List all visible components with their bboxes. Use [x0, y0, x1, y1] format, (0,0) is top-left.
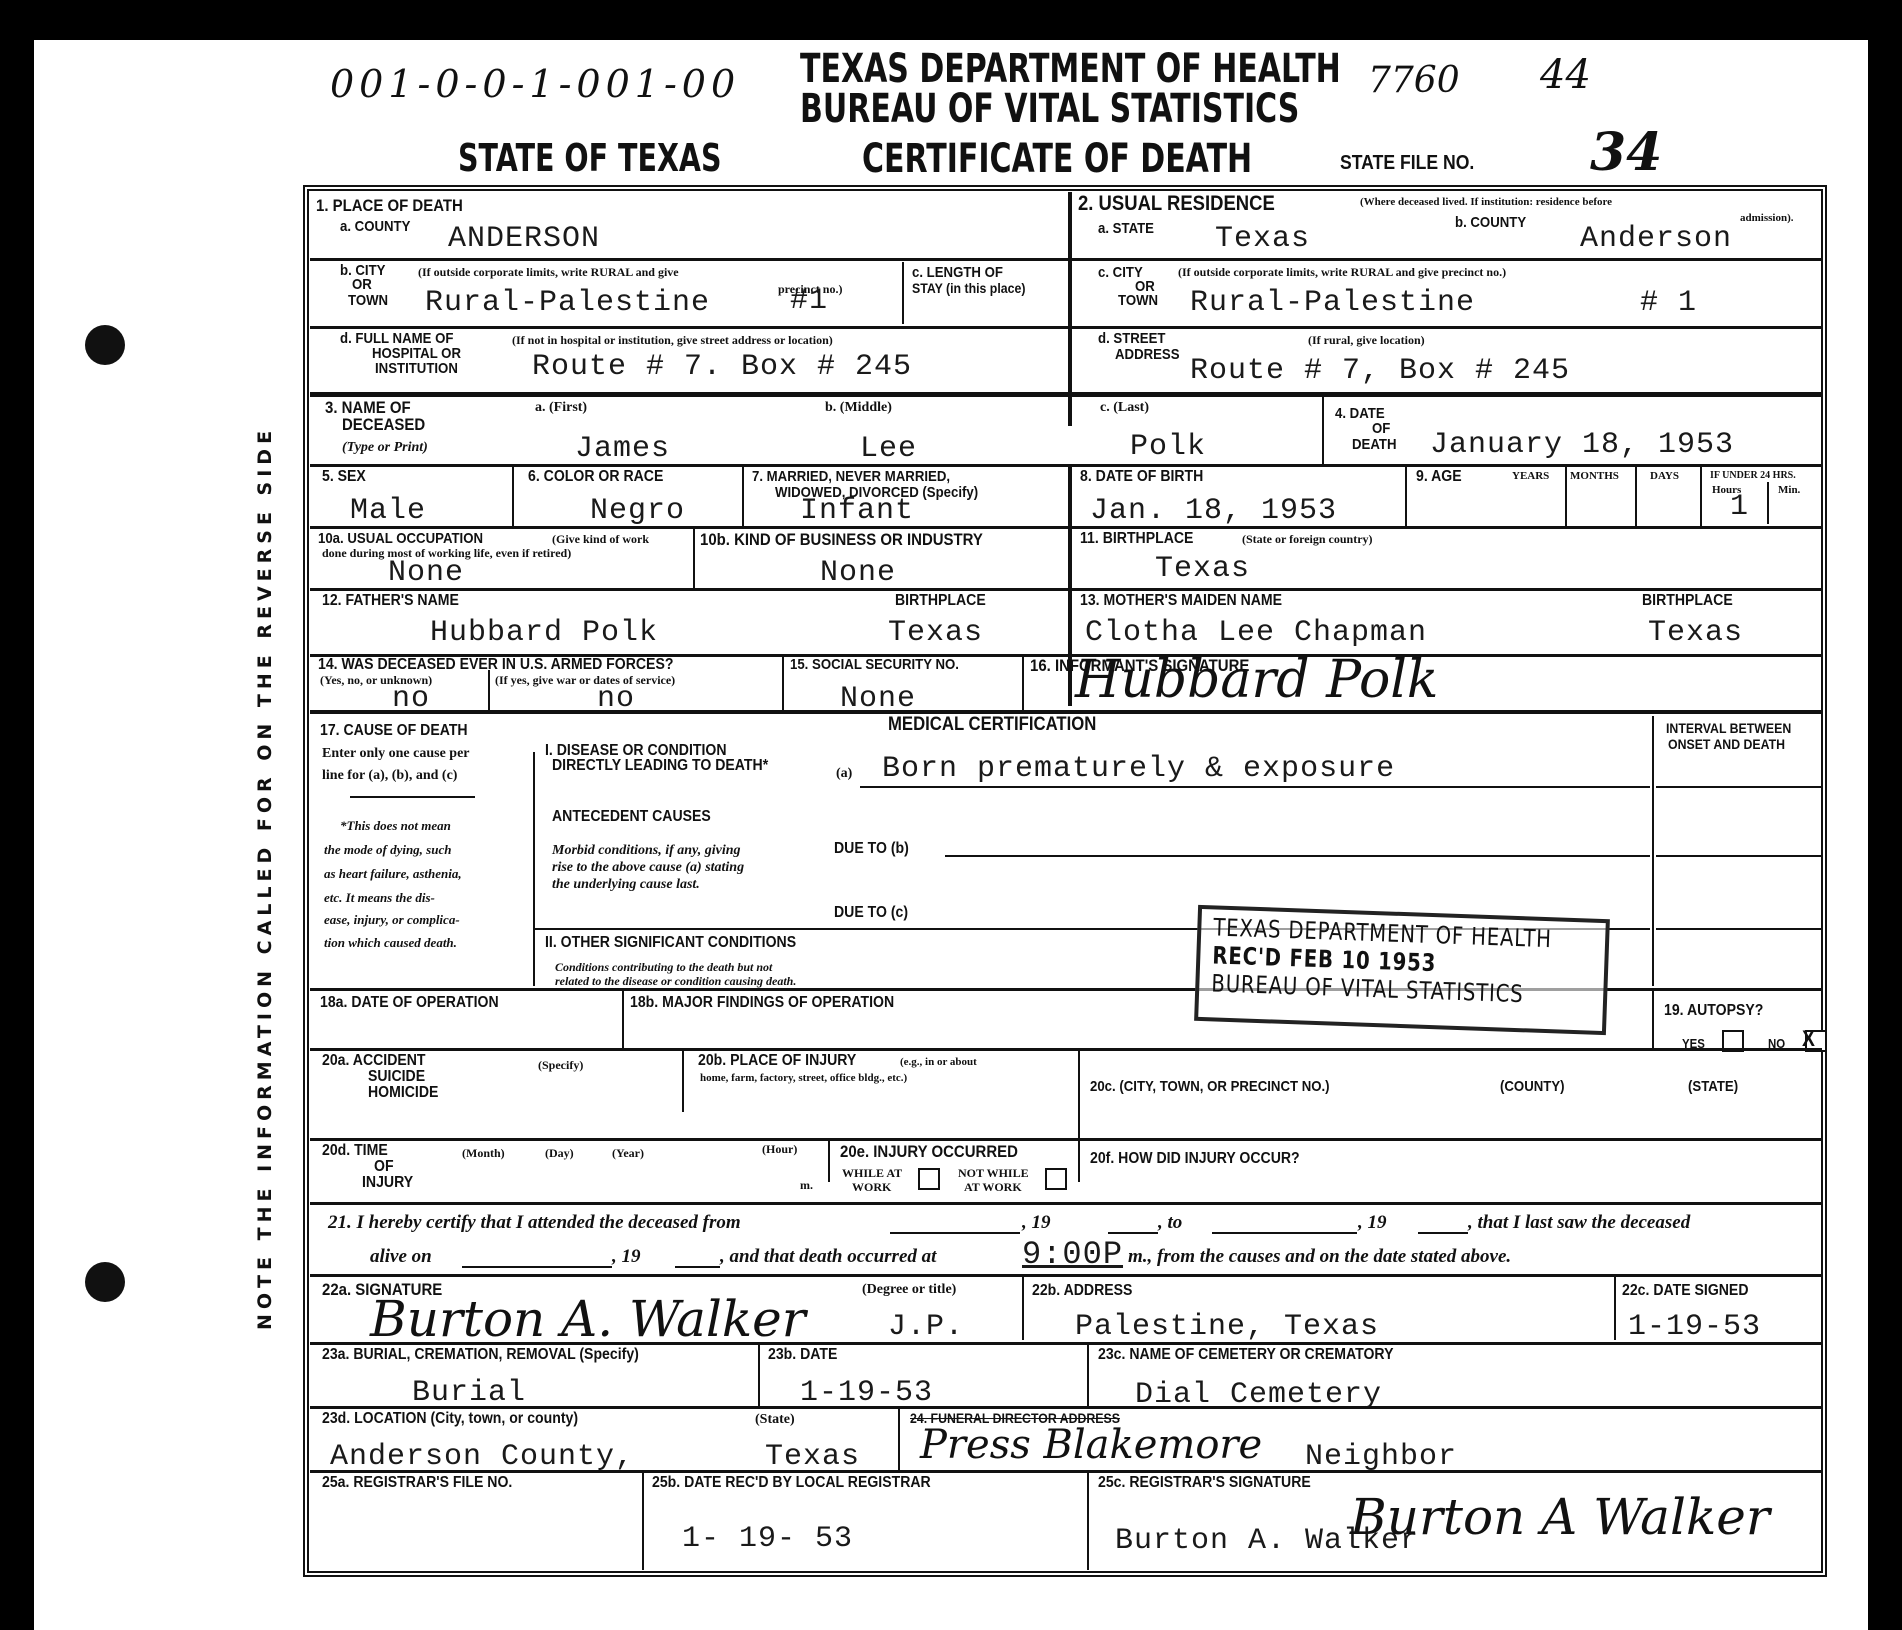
business-label: 10b. KIND OF BUSINESS OR INDUSTRY: [700, 530, 983, 550]
autopsy-label: 19. AUTOPSY?: [1664, 1002, 1763, 1020]
time-year: (Year): [612, 1146, 644, 1161]
degree-value: J.P.: [888, 1310, 964, 1344]
injury-county-label: (COUNTY): [1500, 1078, 1565, 1095]
cause-footnote-2: the mode of dying, such: [324, 842, 451, 858]
registrar-date-label: 25b. DATE REC'D BY LOCAL REGISTRAR: [652, 1474, 931, 1492]
length-of-stay-label: c. LENGTH OF: [912, 264, 1003, 281]
ssn-label: 15. SOCIAL SECURITY NO.: [790, 656, 959, 673]
morbid-3: the underlying cause last.: [552, 877, 700, 893]
hospital-value: Route # 7. Box # 245: [532, 350, 912, 384]
res-county-label: b. COUNTY: [1455, 214, 1526, 231]
marital-value: Infant: [800, 494, 914, 528]
location-value: Anderson County,: [330, 1440, 634, 1474]
hospital-label-3: INSTITUTION: [375, 360, 458, 377]
under-24-label: IF UNDER 24 HRS.: [1710, 470, 1796, 481]
address-value: Palestine, Texas: [1075, 1310, 1379, 1344]
dod-label-2: OF: [1372, 420, 1390, 437]
due-to-b: DUE TO (b): [834, 840, 909, 858]
months-label: MONTHS: [1570, 470, 1619, 482]
dob-label: 8. DATE OF BIRTH: [1080, 468, 1203, 486]
father-bp-label: BIRTHPLACE: [895, 592, 986, 610]
armed-note-2: (If yes, give war or dates of service): [495, 673, 675, 688]
middle-name: Lee: [860, 432, 917, 466]
mother-birthplace: Texas: [1648, 616, 1743, 650]
received-stamp: TEXAS DEPARTMENT OF HEALTH REC'D FEB 10 …: [1194, 905, 1610, 1035]
certify-line-1d: , 19: [1358, 1212, 1387, 1234]
degree-label: (Degree or title): [862, 1282, 956, 1298]
part2-label: II. OTHER SIGNIFICANT CONDITIONS: [545, 934, 796, 952]
place-injury-note: (e.g., in or about: [900, 1056, 977, 1068]
medical-heading: MEDICAL CERTIFICATION: [888, 714, 1096, 736]
op-findings-label: 18b. MAJOR FINDINGS OF OPERATION: [630, 994, 894, 1012]
last-name-label: c. (Last): [1100, 400, 1149, 416]
registrar-sig-label: 25c. REGISTRAR'S SIGNATURE: [1098, 1474, 1311, 1492]
cause-note-1: Enter only one cause per: [322, 746, 470, 762]
state-title: STATE OF TEXAS: [458, 136, 722, 180]
handwritten-number: 7760: [1368, 60, 1460, 101]
first-name-label: a. (First): [535, 400, 587, 416]
father-label: 12. FATHER'S NAME: [322, 592, 459, 610]
min-label: Min.: [1778, 484, 1800, 496]
certify-line-2a: alive on: [370, 1246, 432, 1268]
morbid-2: rise to the above cause (a) stating: [552, 860, 744, 876]
not-while-label-2: AT WORK: [964, 1180, 1022, 1195]
cause-note-2: line for (a), (b), and (c): [322, 768, 457, 784]
res-city-town: TOWN: [1118, 292, 1158, 309]
birthplace-label: 11. BIRTHPLACE: [1080, 530, 1193, 548]
injury-state-label: (STATE): [1688, 1078, 1738, 1095]
morbid-1: Morbid conditions, if any, giving: [552, 843, 741, 859]
res-precinct: # 1: [1640, 286, 1697, 320]
race-value: Negro: [590, 494, 685, 528]
length-of-stay-label-2: STAY (in this place): [912, 280, 1025, 296]
certificate-title: CERTIFICATE OF DEATH: [862, 136, 1252, 182]
cause-footnote-3: as heart failure, asthenia,: [324, 866, 462, 882]
race-label: 6. COLOR OR RACE: [528, 468, 663, 486]
date-of-death: January 18, 1953: [1430, 428, 1734, 462]
informant-signature: Hubbard Polk: [1075, 650, 1438, 710]
res-state: Texas: [1215, 222, 1310, 256]
hospital-note: (If not in hospital or institution, give…: [512, 333, 833, 348]
accident-specify: (Specify): [538, 1058, 583, 1073]
location-state-label: (State): [755, 1412, 795, 1428]
cause-footnote-6: tion which caused death.: [324, 935, 457, 951]
cause-a-value: Born prematurely & exposure: [882, 752, 1395, 786]
interval-label-2: ONSET AND DEATH: [1668, 736, 1785, 752]
part2-note: Conditions contributing to the death but…: [555, 960, 772, 975]
occupation-note: (Give kind of work: [552, 532, 649, 547]
op-date-label: 18a. DATE OF OPERATION: [320, 994, 499, 1012]
registrar-file-label: 25a. REGISTRAR'S FILE NO.: [322, 1474, 512, 1492]
dob-value: Jan. 18, 1953: [1090, 494, 1337, 528]
name-label-2: DECEASED: [342, 415, 425, 435]
margin-note: NOTE THE INFORMATION CALLED FOR ON THE R…: [254, 426, 276, 1330]
physician-signature: Burton A. Walker: [370, 1290, 806, 1348]
location-state-value: Texas: [765, 1440, 860, 1474]
cause-footnote-1: *This does not mean: [340, 818, 451, 834]
certify-line-2b: , 19: [612, 1246, 641, 1268]
marital-label: 7. MARRIED, NEVER MARRIED,: [752, 468, 950, 485]
certify-line-1e: , that I last saw the deceased: [1468, 1212, 1690, 1234]
while-work-label-2: WORK: [852, 1180, 891, 1195]
usual-residence-note: (Where deceased lived. If institution: r…: [1360, 196, 1612, 208]
time-month: (Month): [462, 1146, 505, 1161]
occurred-label: 20e. INJURY OCCURRED: [840, 1142, 1018, 1162]
time-injury-label-3: INJURY: [362, 1174, 413, 1192]
years-label: YEARS: [1512, 470, 1549, 482]
address-label: 22b. ADDRESS: [1032, 1282, 1132, 1300]
age-label: 9. AGE: [1416, 468, 1462, 486]
first-name: James: [575, 432, 670, 466]
street-label: d. STREET: [1098, 330, 1165, 347]
birthplace-note: (State or foreign country): [1242, 532, 1373, 547]
father-name: Hubbard Polk: [430, 616, 658, 650]
interval-label: INTERVAL BETWEEN: [1666, 720, 1791, 736]
part2-note-2: related to the disease or condition caus…: [555, 974, 796, 989]
city-note: (If outside corporate limits, write RURA…: [418, 265, 679, 280]
name-label-3: (Type or Print): [342, 440, 428, 456]
burial-type-label: 23a. BURIAL, CREMATION, REMOVAL (Specify…: [322, 1346, 639, 1364]
days-label: DAYS: [1650, 470, 1679, 482]
age-hours: 1: [1730, 490, 1749, 524]
registrar-date-value: 1- 19- 53: [682, 1522, 853, 1556]
city-label-town: TOWN: [348, 292, 388, 309]
funeral-director-typed: Neighbor: [1305, 1440, 1457, 1474]
how-injury-label: 20f. HOW DID INJURY OCCUR?: [1090, 1150, 1300, 1168]
father-birthplace: Texas: [888, 616, 983, 650]
place-injury-label: 20b. PLACE OF INJURY: [698, 1052, 856, 1070]
res-city-note: (If outside corporate limits, write RURA…: [1178, 265, 1506, 280]
burial-type-value: Burial: [412, 1376, 526, 1410]
certify-line-1b: , 19: [1022, 1212, 1051, 1234]
time-day: (Day): [545, 1146, 574, 1161]
death-city: Rural-Palestine: [425, 286, 710, 320]
place-injury-note-2: home, farm, factory, street, office bldg…: [700, 1072, 907, 1084]
state-file-label: STATE FILE NO.: [1340, 152, 1474, 175]
registrar-signature: Burton A Walker: [1350, 1488, 1770, 1546]
location-label: 23d. LOCATION (City, town, or county): [322, 1410, 578, 1428]
bureau-title: BUREAU OF VITAL STATISTICS: [800, 86, 1299, 132]
occupation-label: 10a. USUAL OCCUPATION: [318, 530, 483, 547]
antecedent-label: ANTECEDENT CAUSES: [552, 808, 711, 826]
injury-city-label: 20c. (CITY, TOWN, OR PRECINCT NO.): [1090, 1078, 1330, 1095]
sex-value: Male: [350, 494, 426, 528]
county-label: a. COUNTY: [340, 218, 410, 235]
not-while-label: NOT WHILE: [958, 1166, 1029, 1181]
while-work-label: WHILE AT: [842, 1166, 902, 1181]
mother-bp-label: BIRTHPLACE: [1642, 592, 1733, 610]
mother-label: 13. MOTHER'S MAIDEN NAME: [1080, 592, 1282, 610]
homicide-label: HOMICIDE: [368, 1084, 438, 1102]
burial-date-value: 1-19-53: [800, 1376, 933, 1410]
part1-label-2: DIRECTLY LEADING TO DEATH*: [552, 757, 768, 775]
punch-hole-bottom: [85, 1262, 125, 1302]
dod-label-3: DEATH: [1352, 436, 1396, 453]
not-at-work-checkbox[interactable]: [1045, 1168, 1067, 1190]
mother-name: Clotha Lee Chapman: [1085, 616, 1427, 650]
file-code-handwritten: 001-0-0-1-001-00: [330, 62, 740, 106]
armed-forces-label: 14. WAS DECEASED EVER IN U.S. ARMED FORC…: [318, 656, 673, 674]
funeral-director-signature: Press Blakemore: [920, 1422, 1262, 1468]
cause-footnote-5: ease, injury, or complica-: [324, 912, 460, 928]
street-value: Route # 7, Box # 245: [1190, 354, 1570, 388]
state-file-number: 34: [1590, 122, 1662, 183]
city-label-or: OR: [352, 276, 372, 293]
a-marker: (a): [836, 766, 852, 782]
usual-residence-label: 2. USUAL RESIDENCE: [1078, 192, 1275, 216]
street-note: (If rural, give location): [1308, 333, 1425, 348]
certify-line-1c: , to: [1158, 1212, 1182, 1234]
place-of-death-label: 1. PLACE OF DEATH: [316, 196, 463, 216]
occupation-value: None: [388, 556, 464, 590]
res-city: Rural-Palestine: [1190, 286, 1475, 320]
due-to-c: DUE TO (c): [834, 904, 908, 922]
time-hour: (Hour): [762, 1142, 797, 1157]
sex-label: 5. SEX: [322, 468, 366, 486]
date-signed-value: 1-19-53: [1628, 1310, 1761, 1344]
time-m: m.: [800, 1178, 813, 1193]
res-state-label: a. STATE: [1098, 220, 1154, 237]
street-label-2: ADDRESS: [1115, 346, 1180, 363]
death-time: 9:00P: [1022, 1236, 1123, 1273]
date-signed-label: 22c. DATE SIGNED: [1622, 1282, 1749, 1300]
certify-line-2d: m., from the causes and on the date stat…: [1128, 1246, 1511, 1268]
cause-footnote-4: etc. It means the dis-: [324, 890, 435, 906]
middle-name-label: b. (Middle): [825, 400, 892, 416]
while-at-work-checkbox[interactable]: [918, 1168, 940, 1190]
death-county: ANDERSON: [448, 222, 600, 256]
handwritten-number-2: 44: [1540, 52, 1591, 98]
certify-line-2c: , and that death occurred at: [720, 1246, 936, 1268]
birthplace-value: Texas: [1155, 552, 1250, 586]
burial-date-label: 23b. DATE: [768, 1346, 837, 1364]
usual-residence-note2: admission).: [1740, 212, 1794, 224]
punch-hole-top: [85, 325, 125, 365]
last-name: Polk: [1130, 430, 1206, 464]
cemetery-label: 23c. NAME OF CEMETERY OR CREMATORY: [1098, 1346, 1393, 1364]
death-precinct: #1: [790, 284, 828, 318]
res-county: Anderson: [1580, 222, 1732, 256]
certify-line-1a: 21. I hereby certify that I attended the…: [328, 1212, 741, 1234]
cause-label: 17. CAUSE OF DEATH: [320, 722, 468, 740]
business-value: None: [820, 556, 896, 590]
